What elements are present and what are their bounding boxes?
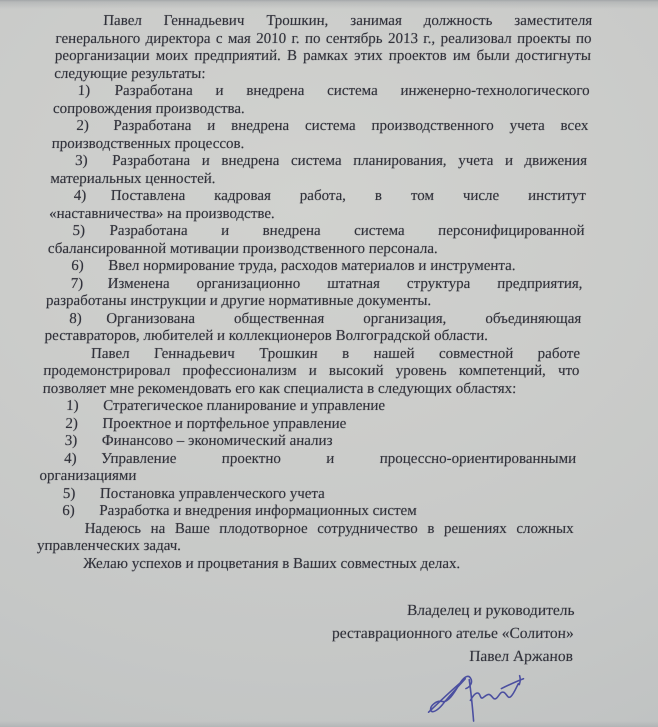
signoff-role-line: Владелец и руководитель: [34, 599, 575, 622]
list-number: 5): [63, 486, 101, 504]
list-number: 1): [66, 398, 104, 416]
list-number: 8): [69, 311, 107, 329]
text-line: Павел Геннадьевич Трошкин в нашей совмес…: [44, 346, 581, 364]
handwritten-signature: [421, 658, 534, 727]
signoff-company-line: реставрационного ателье «Солитон»: [33, 622, 574, 645]
list-item-line: 1)Стратегическое планирование и управлен…: [42, 398, 579, 416]
list-item-line: 2)Проектное и портфельное управление: [41, 416, 578, 434]
letter-content: Павел Геннадьевич Трошкин, занимая должн…: [0, 0, 658, 727]
letter-body: Павел Геннадьевич Трошкин, занимая должн…: [36, 13, 593, 573]
list-number: 4): [73, 188, 111, 206]
text-line: генерального директора с мая 2010 г. по …: [55, 31, 592, 49]
text-line: разработаны инструкции и другие норматив…: [46, 293, 583, 311]
list-item-line: 6)Ввел нормирование труда, расходов мате…: [47, 258, 584, 276]
list-number: 2): [76, 118, 114, 136]
list-number: 7): [70, 276, 108, 294]
list-number: 2): [65, 416, 103, 434]
text-line: реставраторов, любителей и коллекционеро…: [44, 328, 581, 346]
photographed-letter: Павел Геннадьевич Трошкин, занимая должн…: [0, 0, 658, 727]
signature-stroke: [428, 676, 518, 721]
list-item-line: 5)Постановка управленческого учета: [39, 486, 576, 504]
text-line: Надеюсь на Ваше плодотворное сотрудничес…: [37, 521, 574, 539]
text-line: «наставничества» на производстве.: [49, 206, 586, 224]
text-line: Павел Геннадьевич Трошкин, занимая должн…: [56, 13, 593, 31]
text-line: организациями: [39, 468, 576, 486]
list-item-line: 3)Разработана и внедрена система планиро…: [51, 153, 588, 171]
list-number: 3): [75, 153, 113, 171]
list-number: 4): [64, 451, 102, 469]
list-number: 5): [72, 223, 110, 241]
list-number: 1): [77, 83, 115, 101]
text-line: продемонстрировал профессионализм и высо…: [43, 363, 580, 381]
text-line: Желаю успехов и процветания в Ваших совм…: [36, 556, 573, 574]
text-line: производственных процессов.: [51, 136, 588, 154]
text-line: сопровождения производства.: [53, 101, 590, 119]
list-number: 6): [71, 258, 109, 276]
list-item-line: 6)Разработка и внедрения информационных …: [38, 503, 575, 521]
list-item-line: 2)Разработана и внедрена система произво…: [52, 118, 589, 136]
list-item-line: 5)Разработана и внедрена система персони…: [48, 223, 585, 241]
list-item-line: 4)Поставлена кадровая работа, в том числ…: [49, 188, 586, 206]
list-item-line: 1)Разработана и внедрена система инженер…: [53, 83, 590, 101]
text-line: следующие результаты:: [54, 66, 591, 84]
signature-flourish-stroke: [501, 676, 523, 689]
list-number: 3): [64, 433, 102, 451]
list-item-line: 7)Изменена организационно штатная структ…: [46, 276, 583, 294]
list-item-line: 4)Управление проектно и процессно-ориент…: [40, 451, 577, 469]
text-line: реорганизации моих предприятий. В рамках…: [55, 48, 592, 66]
list-item-line: 8)Организована общественная организация,…: [45, 311, 582, 329]
text-line: управленческих задач.: [37, 538, 574, 556]
list-number: 6): [62, 503, 100, 521]
text-line: материальных ценностей.: [50, 171, 587, 189]
text-line: позволяет мне рекомендовать его как спец…: [42, 381, 579, 399]
list-item-line: 3)Финансово – экономический анализ: [40, 433, 577, 451]
text-line: сбалансированной мотивации производствен…: [48, 241, 585, 259]
